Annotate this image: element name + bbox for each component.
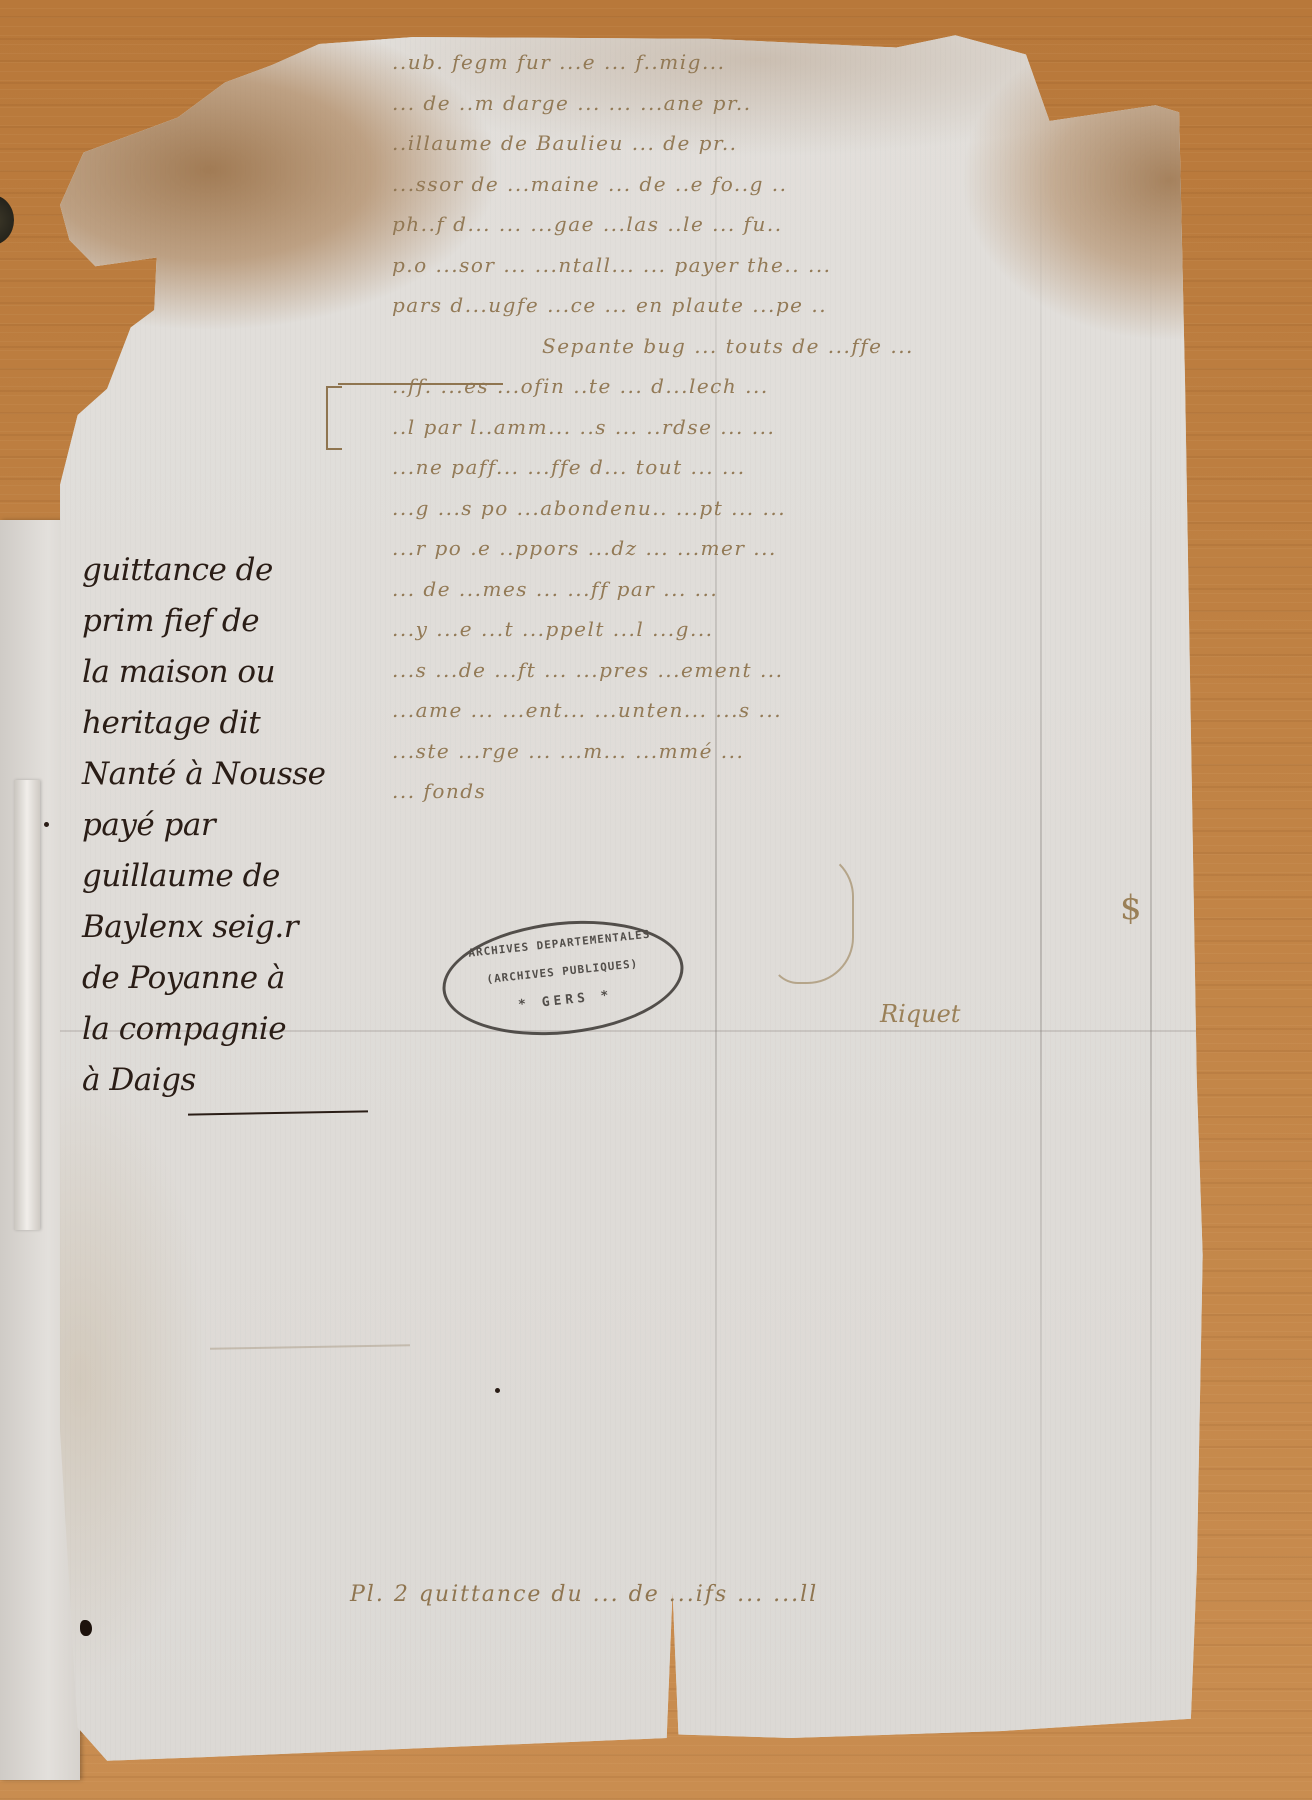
text-line: ...y ...e ...t ...ppelt ...l ...g... bbox=[392, 609, 1292, 650]
annotation-line: prim fief de bbox=[82, 596, 382, 647]
annotation-line: la maison ou bbox=[82, 647, 382, 698]
paraph-mark: $ bbox=[1120, 888, 1142, 928]
text-line: pars d...ugfe ...ce ... en plaute ...pe … bbox=[392, 285, 1292, 326]
text-line: ..l par l..amm... ..s ... ..rdse ... ... bbox=[392, 407, 1292, 448]
annotation-line: à Daigs bbox=[82, 1055, 382, 1106]
text-line: ..ff. ...es ...ofin ..te ... d...lech ..… bbox=[392, 366, 1292, 407]
main-handwritten-text: ..ub. fegm fur ...e ... f..mig... ... de… bbox=[392, 42, 1292, 812]
text-line: ..illaume de Baulieu ... de pr.. bbox=[392, 123, 1292, 164]
paragraph-bracket bbox=[326, 386, 342, 450]
text-line: p.o ...sor ... ...ntall... ... payer the… bbox=[392, 245, 1292, 286]
annotation-line: heritage dit bbox=[82, 698, 382, 749]
struck-out-word bbox=[338, 383, 503, 385]
signature: Riquet bbox=[880, 1000, 960, 1028]
text-line: ...ssor de ...maine ... de ..e fo..g .. bbox=[392, 164, 1292, 205]
text-line: ...ste ...rge ... ...m... ...mmé ... bbox=[392, 731, 1292, 772]
text-line: ...r po .e ..ppors ...dz ... ...mer ... bbox=[392, 528, 1292, 569]
signature-flourish bbox=[770, 850, 854, 984]
annotation-line: guillaume de bbox=[82, 851, 382, 902]
paper-fold bbox=[14, 780, 40, 1230]
text-line: ... de ...mes ... ...ff par ... ... bbox=[392, 569, 1292, 610]
margin-annotation: guittance de prim fief de la maison ou h… bbox=[82, 545, 382, 1106]
footer-note: Pl. 2 quittance du ... de ...ifs ... ...… bbox=[350, 1582, 818, 1607]
annotation-line: guittance de bbox=[82, 545, 382, 596]
annotation-line: de Poyanne à bbox=[82, 953, 382, 1004]
annotation-line: payé par bbox=[82, 800, 382, 851]
ink-dot bbox=[44, 822, 49, 827]
text-line: ...ame ... ...ent... ...unten... ...s ..… bbox=[392, 690, 1292, 731]
ink-blot bbox=[80, 1620, 92, 1636]
annotation-line: Nanté à Nousse bbox=[82, 749, 382, 800]
annotation-line: la compagnie bbox=[82, 1004, 382, 1055]
text-line: ...ne paff... ...ffe d... tout ... ... bbox=[392, 447, 1292, 488]
text-line: ... fonds bbox=[392, 771, 1292, 812]
text-line: ph..f d... ... ...gae ...las ..le ... fu… bbox=[392, 204, 1292, 245]
text-line: Sepante bug ... touts de ...ffe ... bbox=[392, 326, 1292, 367]
ink-dot bbox=[495, 1388, 500, 1393]
text-line: ...g ...s po ...abondenu.. ...pt ... ... bbox=[392, 488, 1292, 529]
text-line: ...s ...de ...ft ... ...pres ...ement ..… bbox=[392, 650, 1292, 691]
annotation-line: Baylenx seig.r bbox=[82, 902, 382, 953]
